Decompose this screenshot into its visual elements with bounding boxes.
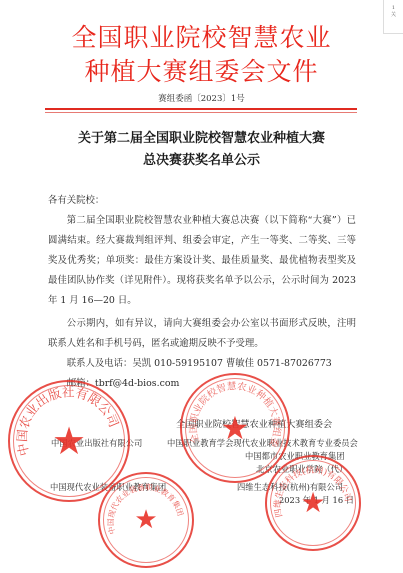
header-title-line2: 种植大赛组委会文件 [0,52,403,88]
signature-org6: 四维生态科技(杭州)有限公司 [237,481,343,493]
salutation: 各有关院校： [48,191,356,211]
red-rule-thick [45,108,357,110]
subject-line1: 关于第二届全国职业院校智慧农业种植大赛 [0,127,403,146]
signature-org1: 中国农业出版社有限公司 [51,437,142,449]
subject-line2: 总决赛获奖名单公示 [0,149,403,168]
header-title-line1: 全国职业院校智慧农业 [0,18,403,54]
signature-org2: 中国职业教育学会现代农业职业技术教育专业委员会 [167,437,358,449]
signature-org4: 北京农业职业学院（代） [256,463,347,475]
email-info: 邮箱：tbrf@4d-bios.com [48,374,356,394]
body-paragraph-1: 第二届全国职业院校智慧农业种植大赛总决赛（以下简称“大赛”）已圆满结束。经大赛裁… [48,211,356,311]
signature-org5: 中国现代农业装备职业教育集团 [50,481,166,493]
document-number: 赛组委函〔2023〕1号 [0,92,403,104]
signature-committee: 全国职业院校智慧农业种植大赛组委会 [176,416,332,430]
seal-star-icon: ★ [134,507,157,533]
signature-date: 2023 年 1 月 16 日 [279,494,354,506]
contact-info: 联系人及电话：吴凯 010-59195107 曹敏佳 0571-87026773 [48,354,356,374]
body-paragraph-2: 公示期内，如有异议，请向大赛组委会办公室以书面形式反映，注明联系人姓名和手机号码… [48,314,356,354]
red-rule-thin [45,112,357,113]
signature-org3: 中国都市农业职业教育集团 [245,450,345,462]
corner-tab-line: 1 [384,5,403,12]
